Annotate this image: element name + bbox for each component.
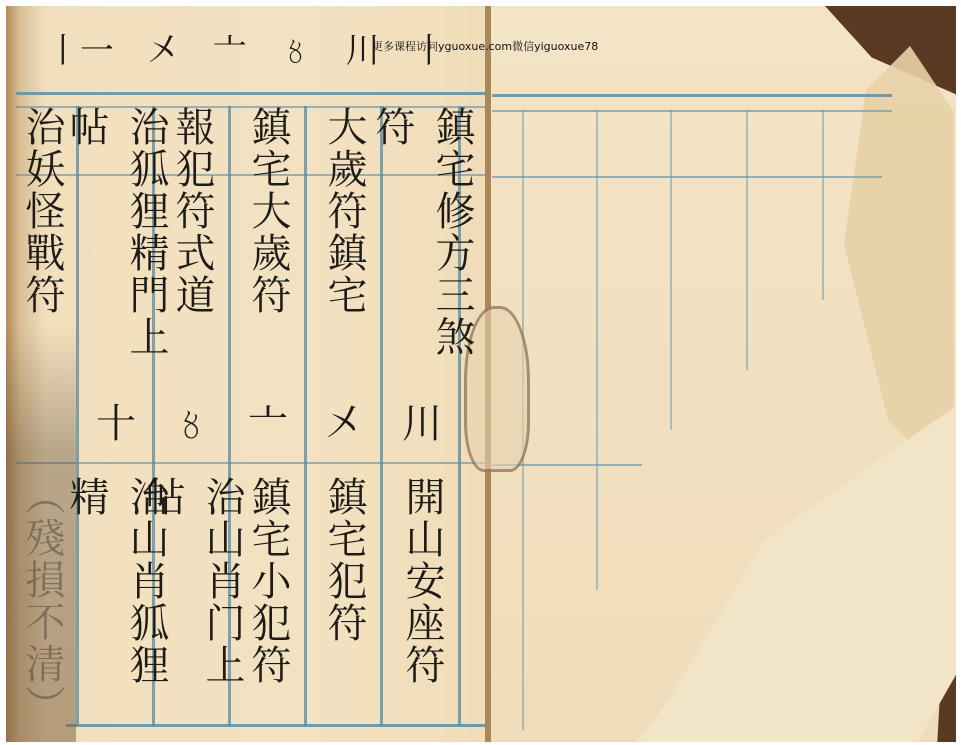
numeral: 〥 (279, 26, 313, 76)
numeral: 〦 (213, 26, 247, 76)
text-column: 鎮宅修方三煞符 川 開山安座符 (390, 106, 454, 726)
talisman-title: 大歲符鎮宅 (314, 106, 374, 394)
numeral: 㐅 (146, 26, 180, 76)
column-number: 㐅 (324, 394, 364, 454)
talisman-title: 鎮宅犯符 (314, 476, 374, 726)
talisman-title: 治狐狸精門上帖 (56, 106, 176, 394)
ruling-line (746, 110, 748, 370)
column-number: 十 (96, 394, 136, 454)
ruling-line (670, 110, 672, 430)
ruling-line (596, 110, 598, 590)
text-column: 大歲符鎮宅 㐅 鎮宅犯符 (312, 106, 376, 726)
manuscript-scan: 丨 川 〥 〦 㐅 丨一 鎮宅修方三煞符 川 開山安座符 大歲符鎮宅 㐅 鎮宅犯… (6, 6, 956, 742)
column-number: 〦 (248, 394, 288, 454)
ruling-line (822, 110, 824, 300)
ruling-line (492, 110, 892, 112)
ruling-line (492, 94, 892, 97)
talisman-title-damaged: （殘損不清） (12, 475, 72, 726)
talisman-title: 鎮宅修方三煞符 (362, 106, 482, 394)
talisman-title: 治妖怪戰符 (12, 106, 72, 395)
text-column: 治狐狸精門上帖 十 治山肖狐狸精 (84, 106, 148, 726)
talisman-title: 鎮宅大歲符 (238, 106, 298, 394)
text-column: 治妖怪戰符 （殘損不清） (10, 106, 74, 726)
column-number: 〥 (172, 394, 212, 454)
numeral: 丨一 (46, 26, 114, 76)
talisman-title: 治山肖狐狸精 (56, 476, 176, 726)
ruling-line (304, 106, 307, 726)
column-number: 川 (402, 394, 442, 454)
ruling-line (16, 92, 486, 95)
talisman-title: 開山安座符 (392, 476, 452, 726)
watermark-text: 更多课程访问yguoxue.com微信yiguoxue78 (372, 38, 598, 54)
